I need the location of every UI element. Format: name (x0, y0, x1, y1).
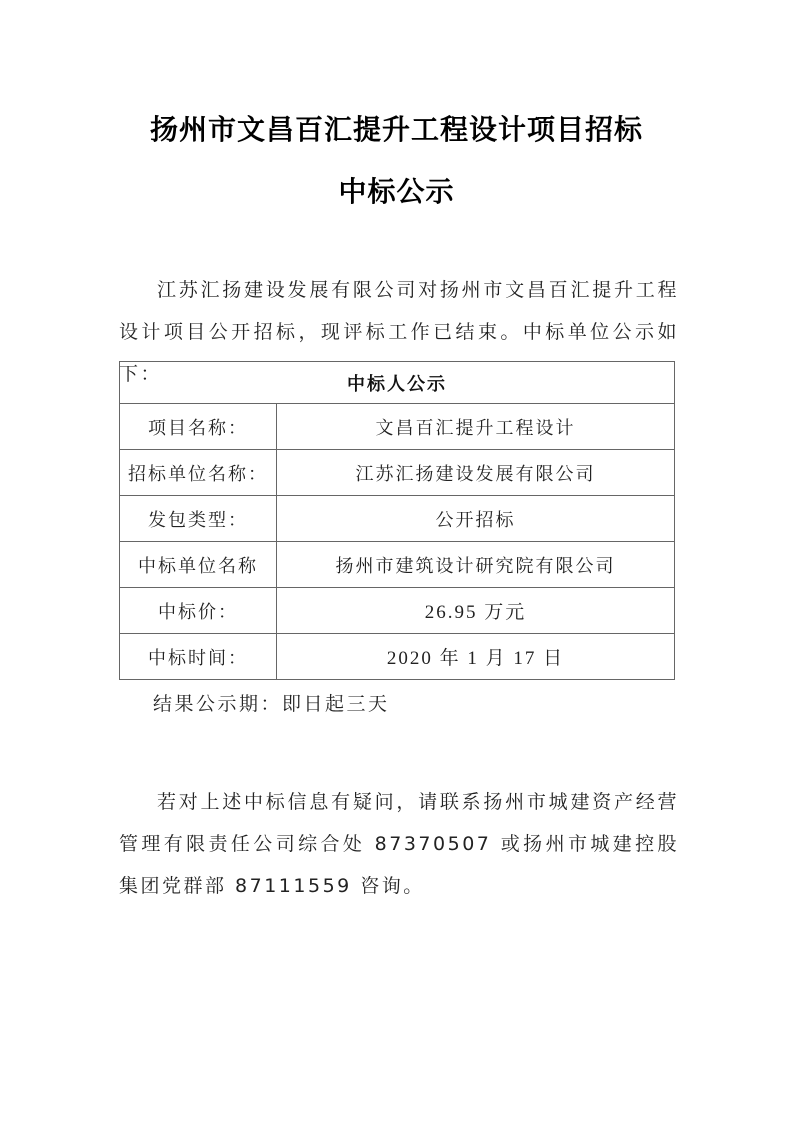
document-subtitle: 中标公示 (0, 170, 793, 210)
award-table: 中标人公示 项目名称： 文昌百汇提升工程设计 招标单位名称： 江苏汇扬建设发展有… (119, 361, 675, 680)
row-label-tenderer: 招标单位名称： (120, 450, 277, 496)
table-row: 项目名称： 文昌百汇提升工程设计 (120, 404, 675, 450)
row-value-winning-price: 26.95 万元 (277, 588, 675, 634)
table-row: 中标时间： 2020 年 1 月 17 日 (120, 634, 675, 680)
publicity-period: 结果公示期：即日起三天 (153, 683, 713, 725)
row-value-award-date: 2020 年 1 月 17 日 (277, 634, 675, 680)
row-value-contract-type: 公开招标 (277, 496, 675, 542)
row-label-winning-bidder: 中标单位名称 (120, 542, 277, 588)
row-value-tenderer: 江苏汇扬建设发展有限公司 (277, 450, 675, 496)
row-label-award-date: 中标时间： (120, 634, 277, 680)
contact-paragraph: 若对上述中标信息有疑问，请联系扬州市城建资产经营管理有限责任公司综合处 8737… (119, 781, 679, 907)
row-label-contract-type: 发包类型： (120, 496, 277, 542)
table-header-row: 中标人公示 (120, 362, 675, 404)
table-row: 招标单位名称： 江苏汇扬建设发展有限公司 (120, 450, 675, 496)
document-title: 扬州市文昌百汇提升工程设计项目招标 (0, 108, 793, 148)
row-value-project-name: 文昌百汇提升工程设计 (277, 404, 675, 450)
table-row: 发包类型： 公开招标 (120, 496, 675, 542)
row-label-project-name: 项目名称： (120, 404, 277, 450)
row-label-winning-price: 中标价： (120, 588, 277, 634)
table-row: 中标价： 26.95 万元 (120, 588, 675, 634)
row-value-winning-bidder: 扬州市建筑设计研究院有限公司 (277, 542, 675, 588)
table-row: 中标单位名称 扬州市建筑设计研究院有限公司 (120, 542, 675, 588)
table-header: 中标人公示 (120, 362, 675, 404)
